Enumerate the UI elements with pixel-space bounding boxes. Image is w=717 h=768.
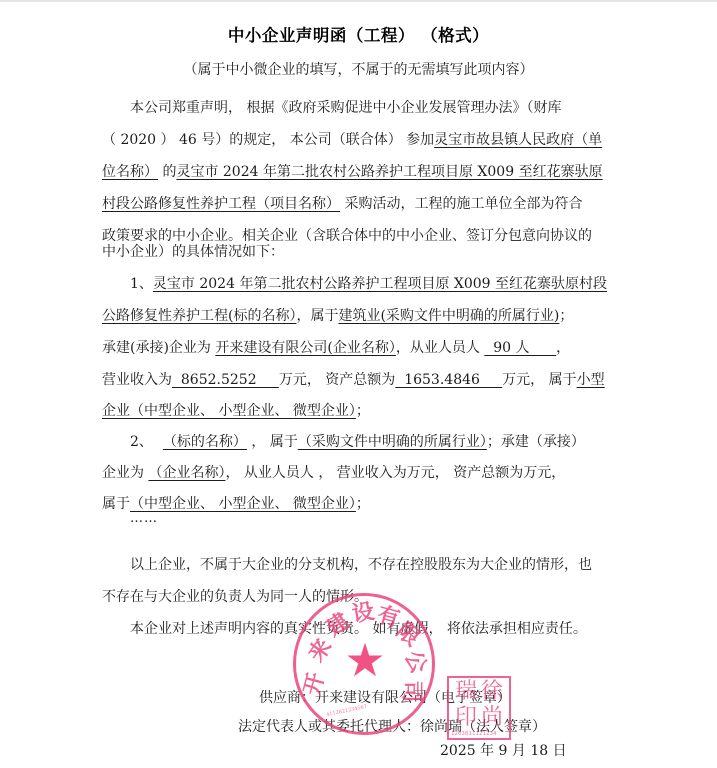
item1-line-4: 营业收入为 8652.5252 万元， 资产总额为 1653.4846 万元， … bbox=[102, 369, 605, 389]
purchaser-name-cont: 位名称） bbox=[102, 164, 158, 180]
seal-char: 尚 bbox=[481, 706, 503, 730]
document-title: 中小企业声明函（工程） （格式） bbox=[0, 22, 717, 46]
company-seal-stamp: ★ 开 来 建 设 有 限 公 司 4112821234567 bbox=[293, 593, 435, 735]
signature-date: 2025 年 9 月 18 日 bbox=[440, 740, 567, 760]
item1-punct-3: ； bbox=[356, 403, 370, 419]
item2-contractor-label: ；承建（承接） bbox=[487, 434, 585, 450]
item1-subject-name: 灵宝市 2024 年第二批农村公路养护工程项目原 X009 至红花寨驮原村段 bbox=[153, 276, 607, 292]
item2-contractor-name: （企业名称） bbox=[148, 465, 225, 481]
item1-number: 1、 bbox=[130, 276, 153, 292]
intro-line-3: 位名称） 的灵宝市 2024 年第二批农村公路养护工程项目原 X009 至红花寨… bbox=[102, 161, 603, 181]
item1-assets: 1653.4846 bbox=[395, 372, 502, 388]
item1-staff-label: ，从业人员人 bbox=[396, 340, 484, 356]
legal-rep-seal-stamp: 徐 尚 瑞 印 1203811121234 bbox=[447, 676, 511, 740]
item1-enterprise-type-cont: 企业（中型企业、 小型企业、 微型企业） bbox=[102, 403, 356, 419]
item2-enterprise-type: （中型企业、 小型企业、 微型企业） bbox=[130, 496, 356, 512]
intro-line-4: 村段公路修复性养护工程（项目名称） 采购活动，工程的施工单位全部为符合 bbox=[102, 193, 582, 213]
item1-contractor-label: 承建(承接)企业为 bbox=[102, 340, 215, 356]
intro-line-6-text: 中小企业）的具体情况如下： bbox=[102, 241, 284, 261]
item2-type-label: 属于 bbox=[102, 496, 130, 512]
seal-char: 设 bbox=[349, 594, 376, 628]
seal-char: 开 bbox=[295, 669, 331, 698]
item2-line-2: 企业为 （企业名称）， 从业人员人 ， 营业收入为万元， 资产总额为万元， bbox=[102, 462, 565, 482]
item2-line-1: 2、（标的名称） ， 属于（采购文件中明确的所属行业）；承建（承接） bbox=[130, 431, 585, 451]
intro-text-6: 中小企业）的具体情况如下： bbox=[102, 244, 284, 260]
item1-type-label: 万元， 属于 bbox=[502, 372, 576, 388]
page-top-border bbox=[0, 0, 717, 2]
project-name: 灵宝市 2024 年第二批农村公路养护工程项目原 X009 至红花寨驮原 bbox=[176, 164, 602, 180]
item2-text-2: ， 从业人员人 ， 营业收入为万元， 资产总额为万元， bbox=[225, 465, 565, 481]
item2-punct: ； bbox=[356, 496, 370, 512]
item2-line-3: 属于（中型企业、 小型企业、 微型企业）； bbox=[102, 493, 370, 513]
item2-number: 2、 bbox=[130, 434, 153, 450]
item1-contractor-name: 开来建设有限公司(企业名称） bbox=[215, 340, 395, 356]
seal-char: 瑞 bbox=[455, 680, 477, 704]
item2-text: ， 属于 bbox=[247, 434, 298, 450]
item1-line-5: 企业（中型企业、 小型企业、 微型企业）； bbox=[102, 400, 370, 420]
item1-line-3: 承建(承接)企业为 开来建设有限公司(企业名称），从业人员人 90 人 ， bbox=[102, 337, 570, 357]
intro-line-1: 本公司郑重声明， 根据《政府采购促进中小企业发展管理办法》（财库 bbox=[130, 97, 561, 117]
item1-enterprise-type: 小型 bbox=[577, 372, 605, 388]
item1-punct-2: ， bbox=[556, 340, 570, 356]
item2-contractor-label-2: 企业为 bbox=[102, 465, 148, 481]
intro-line-2: （ 2020 ） 46 号）的规定， 本公司（联合体） 参加灵宝市故县镇人民政府… bbox=[102, 129, 602, 149]
purchaser-name: 灵宝市故县镇人民政府（单 bbox=[434, 132, 602, 148]
seal-star-icon: ★ bbox=[341, 636, 389, 684]
item1-assets-label: 万元， 资产总额为 bbox=[279, 372, 395, 388]
item1-revenue: 8652.5252 bbox=[172, 372, 279, 388]
intro-text-2: （ 2020 ） 46 号）的规定， 本公司（联合体） 参加 bbox=[102, 132, 434, 148]
item2-industry: （采购文件中明确的所属行业） bbox=[298, 434, 487, 450]
seal-code: 1203811121234 bbox=[451, 731, 497, 737]
item2-subject-name: （标的名称） bbox=[163, 434, 247, 450]
intro-text-1: 本公司郑重声明， 根据《政府采购促进中小企业发展管理办法》（财库 bbox=[130, 100, 561, 116]
item1-industry: 建筑业(采购文件中明确的所属行业) bbox=[338, 308, 559, 324]
project-name-cont: 村段公路修复性养护工程（项目名称） bbox=[102, 196, 340, 212]
ellipsis: …… bbox=[130, 511, 158, 526]
item1-line-1: 1、灵宝市 2024 年第二批农村公路养护工程项目原 X009 至红花寨驮原村段 bbox=[130, 273, 607, 293]
intro-text-3: 的 bbox=[158, 164, 176, 180]
item1-staff-count: 90 人 bbox=[484, 340, 556, 356]
seal-char: 司 bbox=[398, 680, 429, 702]
item1-line-2: 公路修复性养护工程(标的名称），属于建筑业(采购文件中明确的所属行业)； bbox=[102, 305, 573, 325]
item1-revenue-label: 营业收入为 bbox=[102, 372, 172, 388]
seal-char: 徐 bbox=[481, 680, 503, 704]
closing-line-1: 以上企业，不属于大企业的分支机构，不存在控股股东为大企业的情形，也 bbox=[130, 554, 592, 574]
item1-punct: ； bbox=[559, 308, 573, 324]
seal-code: 4112821234567 bbox=[326, 704, 368, 718]
document-subtitle: （属于中小微企业的填写，不属于的无需填写此项内容） bbox=[0, 59, 717, 79]
intro-text-4: 采购活动，工程的施工单位全部为符合 bbox=[340, 196, 582, 212]
seal-char: 印 bbox=[455, 706, 477, 730]
item1-text: ，属于 bbox=[296, 308, 338, 324]
item1-subject-name-cont: 公路修复性养护工程(标的名称） bbox=[102, 308, 296, 324]
